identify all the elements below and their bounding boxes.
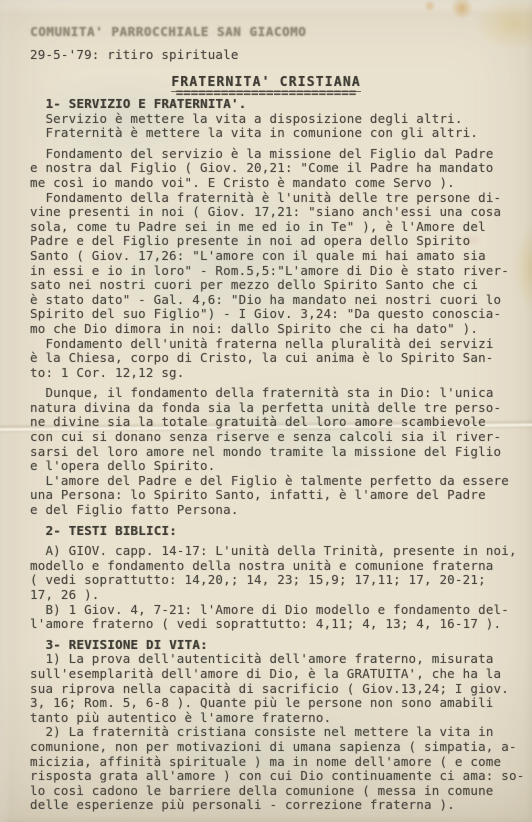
section-1-intro: Servizio è mettere la vita a disposizion… — [30, 112, 532, 141]
org-header: COMUNITA' PARROCCHIALE SAN GIACOMO — [30, 24, 306, 39]
date-line: 29-5-'79: ritiro spirituale — [30, 47, 239, 62]
document-page: COMUNITA' PARROCCHIALE SAN GIACOMO 29-5-… — [0, 0, 532, 822]
title-block: FRATERNITA' CRISTIANA ==================… — [0, 71, 532, 98]
document-content: COMUNITA' PARROCCHIALE SAN GIACOMO 29-5-… — [0, 0, 532, 822]
section-3-heading: 3- REVISIONE DI VITA: — [30, 638, 532, 653]
paragraph-dunque: Dunque, il fondamento della fraternità s… — [30, 386, 532, 517]
section-2-heading: 2- TESTI BIBLICI: — [30, 524, 532, 539]
section-1-heading: 1- SERVIZIO E FRATERNITA'. — [30, 97, 532, 112]
section-2-texts: A) GIOV. capp. 14-17: L'unità della Trin… — [30, 544, 532, 632]
document-body: 1- SERVIZIO E FRATERNITA'. Servizio è me… — [30, 97, 532, 813]
section-3-revision: 1) La prova dell'autenticità dell'amore … — [30, 652, 532, 813]
paragraph-fondamento: Fondamento del servizio è la missione de… — [30, 147, 532, 381]
